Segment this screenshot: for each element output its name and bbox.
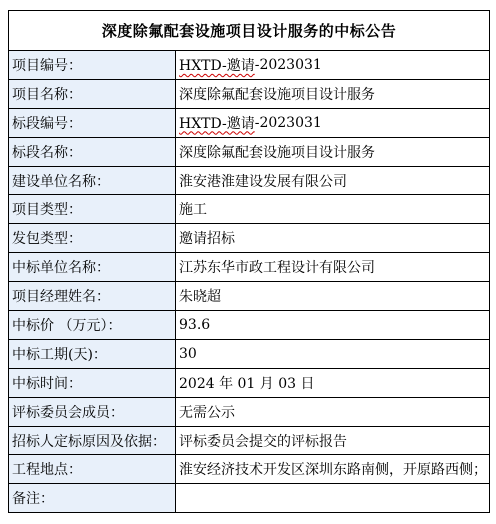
row-label: 中标工期(天)： bbox=[9, 340, 176, 369]
table-row-project-type: 项目类型： 施工 bbox=[9, 195, 490, 224]
table-row-section-code: 标段编号： HXTD-邀请-2023031 bbox=[9, 109, 490, 138]
row-value bbox=[176, 484, 490, 513]
row-label: 项目类型： bbox=[9, 195, 176, 224]
table-row-contract-type: 发包类型： 邀请招标 bbox=[9, 224, 490, 253]
row-value: HXTD-邀请-2023031 bbox=[176, 51, 490, 80]
table-row-winning-price: 中标价 （万元）： 93.6 bbox=[9, 311, 490, 340]
table-row-remarks: 备注： bbox=[9, 484, 490, 513]
row-value: 深度除氟配套设施项目设计服务 bbox=[176, 138, 490, 167]
table-row-award-date: 中标时间： 2024 年 01 月 03 日 bbox=[9, 369, 490, 398]
table-row-construction-unit: 建设单位名称： 淮安港淮建设发展有限公司 bbox=[9, 167, 490, 196]
project-code-rest: -2023031 bbox=[255, 57, 322, 73]
row-value: 朱晓超 bbox=[176, 282, 490, 311]
row-value: HXTD-邀请-2023031 bbox=[176, 109, 490, 138]
table-row-evaluation-committee: 评标委员会成员： 无需公示 bbox=[9, 398, 490, 427]
row-label: 备注： bbox=[9, 484, 176, 513]
table-row-project-location: 工程地点： 淮安经济技术开发区深圳东路南侧，开原路西侧； bbox=[9, 455, 490, 484]
row-value: 淮安港淮建设发展有限公司 bbox=[176, 167, 490, 196]
row-label: 评标委员会成员： bbox=[9, 398, 176, 427]
row-label: 发包类型： bbox=[9, 224, 176, 253]
row-value: 评标委员会提交的评标报告 bbox=[176, 427, 490, 456]
row-value: 无需公示 bbox=[176, 398, 490, 427]
table-row-winning-unit: 中标单位名称： 江苏东华市政工程设计有限公司 bbox=[9, 253, 490, 282]
row-value: 江苏东华市政工程设计有限公司 bbox=[176, 253, 490, 282]
row-label: 标段编号： bbox=[9, 109, 176, 138]
row-label: 项目名称： bbox=[9, 80, 176, 109]
table-row-section-name: 标段名称： 深度除氟配套设施项目设计服务 bbox=[9, 138, 490, 167]
announcement-table: 深度除氟配套设施项目设计服务的中标公告 项目编号： HXTD-邀请-202303… bbox=[8, 10, 490, 513]
row-label: 建设单位名称： bbox=[9, 167, 176, 196]
row-label: 项目经理姓名： bbox=[9, 282, 176, 311]
row-label: 项目编号： bbox=[9, 51, 176, 80]
announcement-title: 深度除氟配套设施项目设计服务的中标公告 bbox=[9, 11, 490, 51]
row-value: 2024 年 01 月 03 日 bbox=[176, 369, 490, 398]
row-label: 中标时间： bbox=[9, 369, 176, 398]
row-value: 施工 bbox=[176, 195, 490, 224]
row-value: 淮安经济技术开发区深圳东路南侧，开原路西侧； bbox=[176, 455, 490, 484]
row-value: 93.6 bbox=[176, 311, 490, 340]
table-row-project-code: 项目编号： HXTD-邀请-2023031 bbox=[9, 51, 490, 80]
spellcheck-flagged-text: HXTD-邀请 bbox=[179, 55, 255, 75]
table-row-project-name: 项目名称： 深度除氟配套设施项目设计服务 bbox=[9, 80, 490, 109]
spellcheck-flagged-text: HXTD-邀请 bbox=[179, 113, 255, 133]
row-value: 深度除氟配套设施项目设计服务 bbox=[176, 80, 490, 109]
table-row-duration: 中标工期(天)： 30 bbox=[9, 340, 490, 369]
row-value: 30 bbox=[176, 340, 490, 369]
section-code-rest: -2023031 bbox=[255, 115, 322, 131]
row-label: 招标人定标原因及依据： bbox=[9, 427, 176, 456]
row-label: 中标单位名称： bbox=[9, 253, 176, 282]
row-label: 标段名称： bbox=[9, 138, 176, 167]
table-row-project-manager: 项目经理姓名： 朱晓超 bbox=[9, 282, 490, 311]
row-label: 工程地点： bbox=[9, 455, 176, 484]
row-value: 邀请招标 bbox=[176, 224, 490, 253]
table-row-award-basis: 招标人定标原因及依据： 评标委员会提交的评标报告 bbox=[9, 427, 490, 456]
row-label: 中标价 （万元）： bbox=[9, 311, 176, 340]
